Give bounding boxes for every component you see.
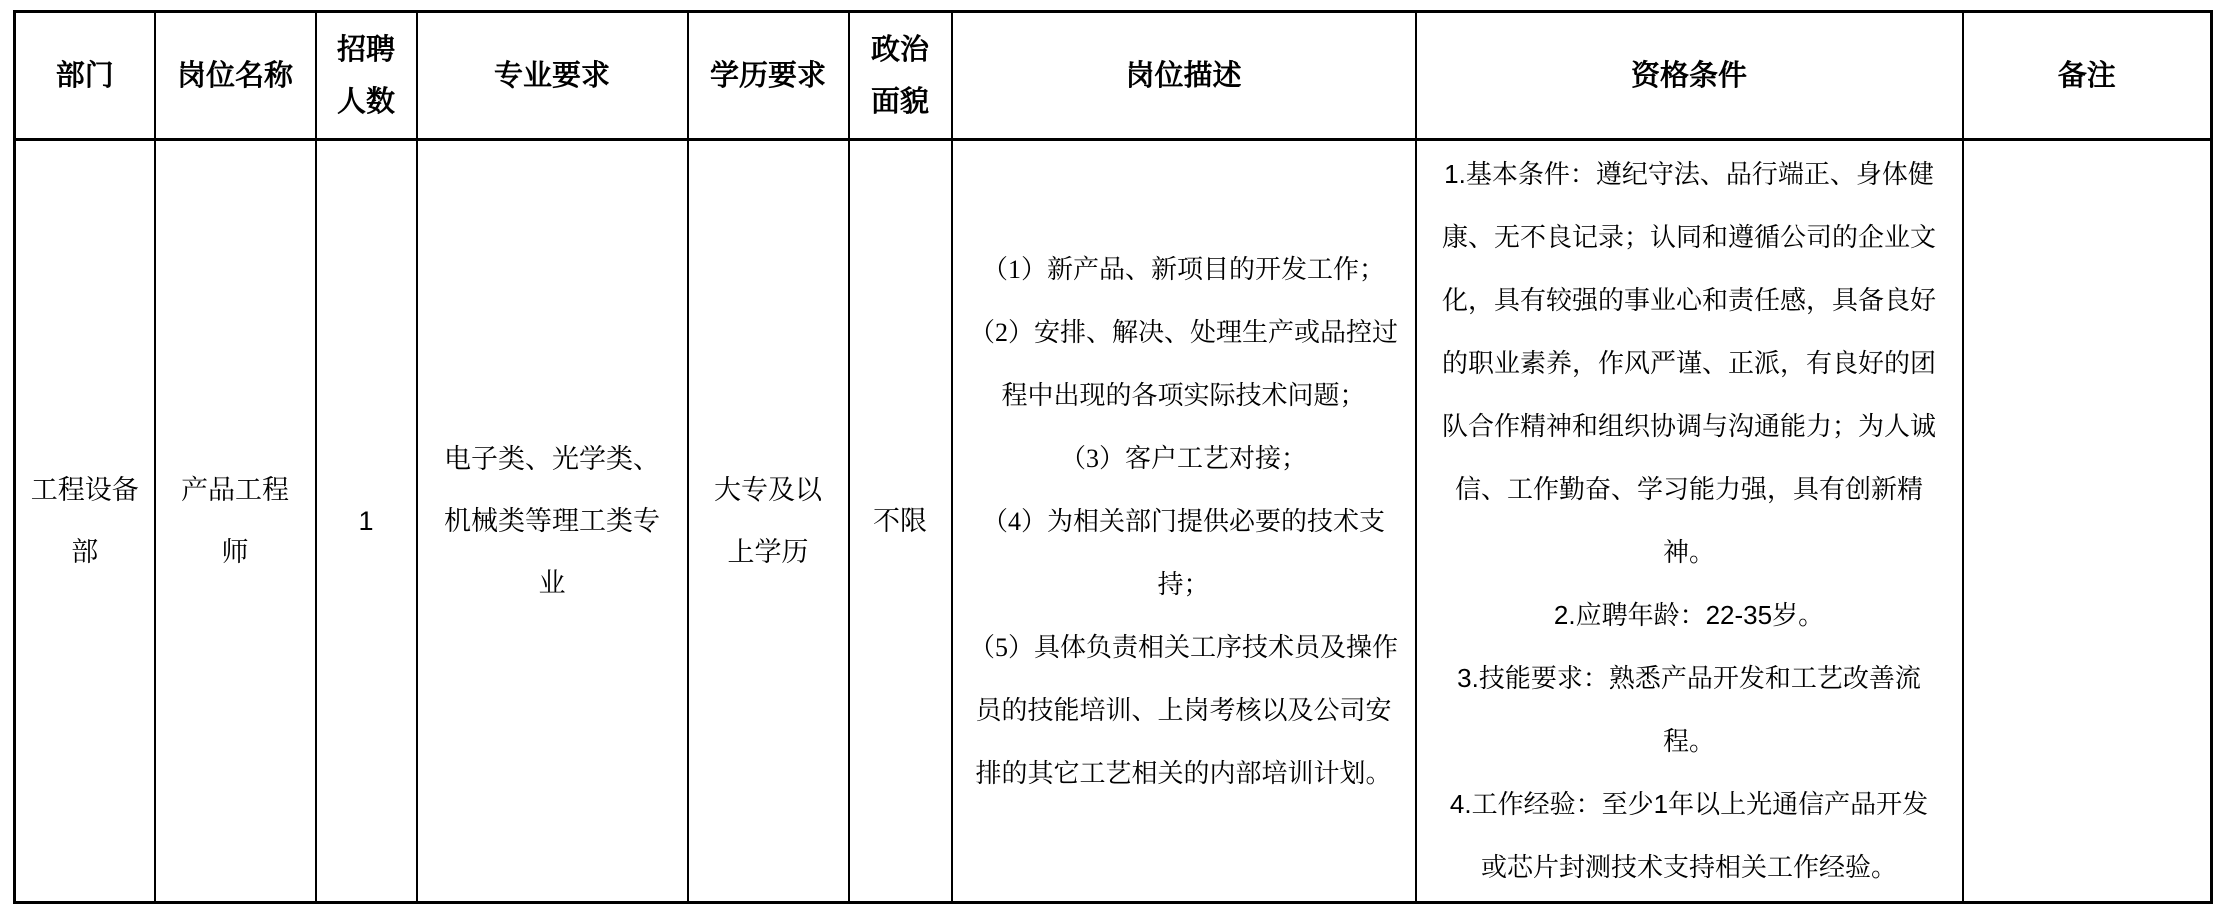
header-major: 专业要求 <box>417 12 688 140</box>
page: { "page": { "background_color": "#ffffff… <box>0 0 2223 915</box>
header-qualification: 资格条件 <box>1416 12 1963 140</box>
header-position-name: 岗位名称 <box>155 12 316 140</box>
cell-remarks <box>1963 140 2212 903</box>
cell-description: （1）新产品、新项目的开发工作； （2）安排、解决、处理生产或品控过 程中出现的… <box>952 140 1416 903</box>
cell-qualification: 1.基本条件：遵纪守法、品行端正、身体健 康、无不良记录；认同和遵循公司的企业文… <box>1416 140 1963 903</box>
table-header-row: 部门 岗位名称 招聘 人数 专业要求 学历要求 政治 面貌 岗位描述 资格条件 … <box>15 12 2212 140</box>
cell-position-name: 产品工程 师 <box>155 140 316 903</box>
table-row: 工程设备 部 产品工程 师 1 电子类、光学类、 机械类等理工类专 业 大专及以… <box>15 140 2212 903</box>
cell-department: 工程设备 部 <box>15 140 155 903</box>
header-education: 学历要求 <box>688 12 849 140</box>
cell-political: 不限 <box>849 140 952 903</box>
header-remarks: 备注 <box>1963 12 2212 140</box>
cell-education: 大专及以 上学历 <box>688 140 849 903</box>
header-political: 政治 面貌 <box>849 12 952 140</box>
header-department: 部门 <box>15 12 155 140</box>
recruitment-table: 部门 岗位名称 招聘 人数 专业要求 学历要求 政治 面貌 岗位描述 资格条件 … <box>13 10 2213 904</box>
cell-headcount: 1 <box>316 140 417 903</box>
recruitment-table-container: 部门 岗位名称 招聘 人数 专业要求 学历要求 政治 面貌 岗位描述 资格条件 … <box>13 10 2213 904</box>
header-headcount: 招聘 人数 <box>316 12 417 140</box>
cell-major: 电子类、光学类、 机械类等理工类专 业 <box>417 140 688 903</box>
header-description: 岗位描述 <box>952 12 1416 140</box>
